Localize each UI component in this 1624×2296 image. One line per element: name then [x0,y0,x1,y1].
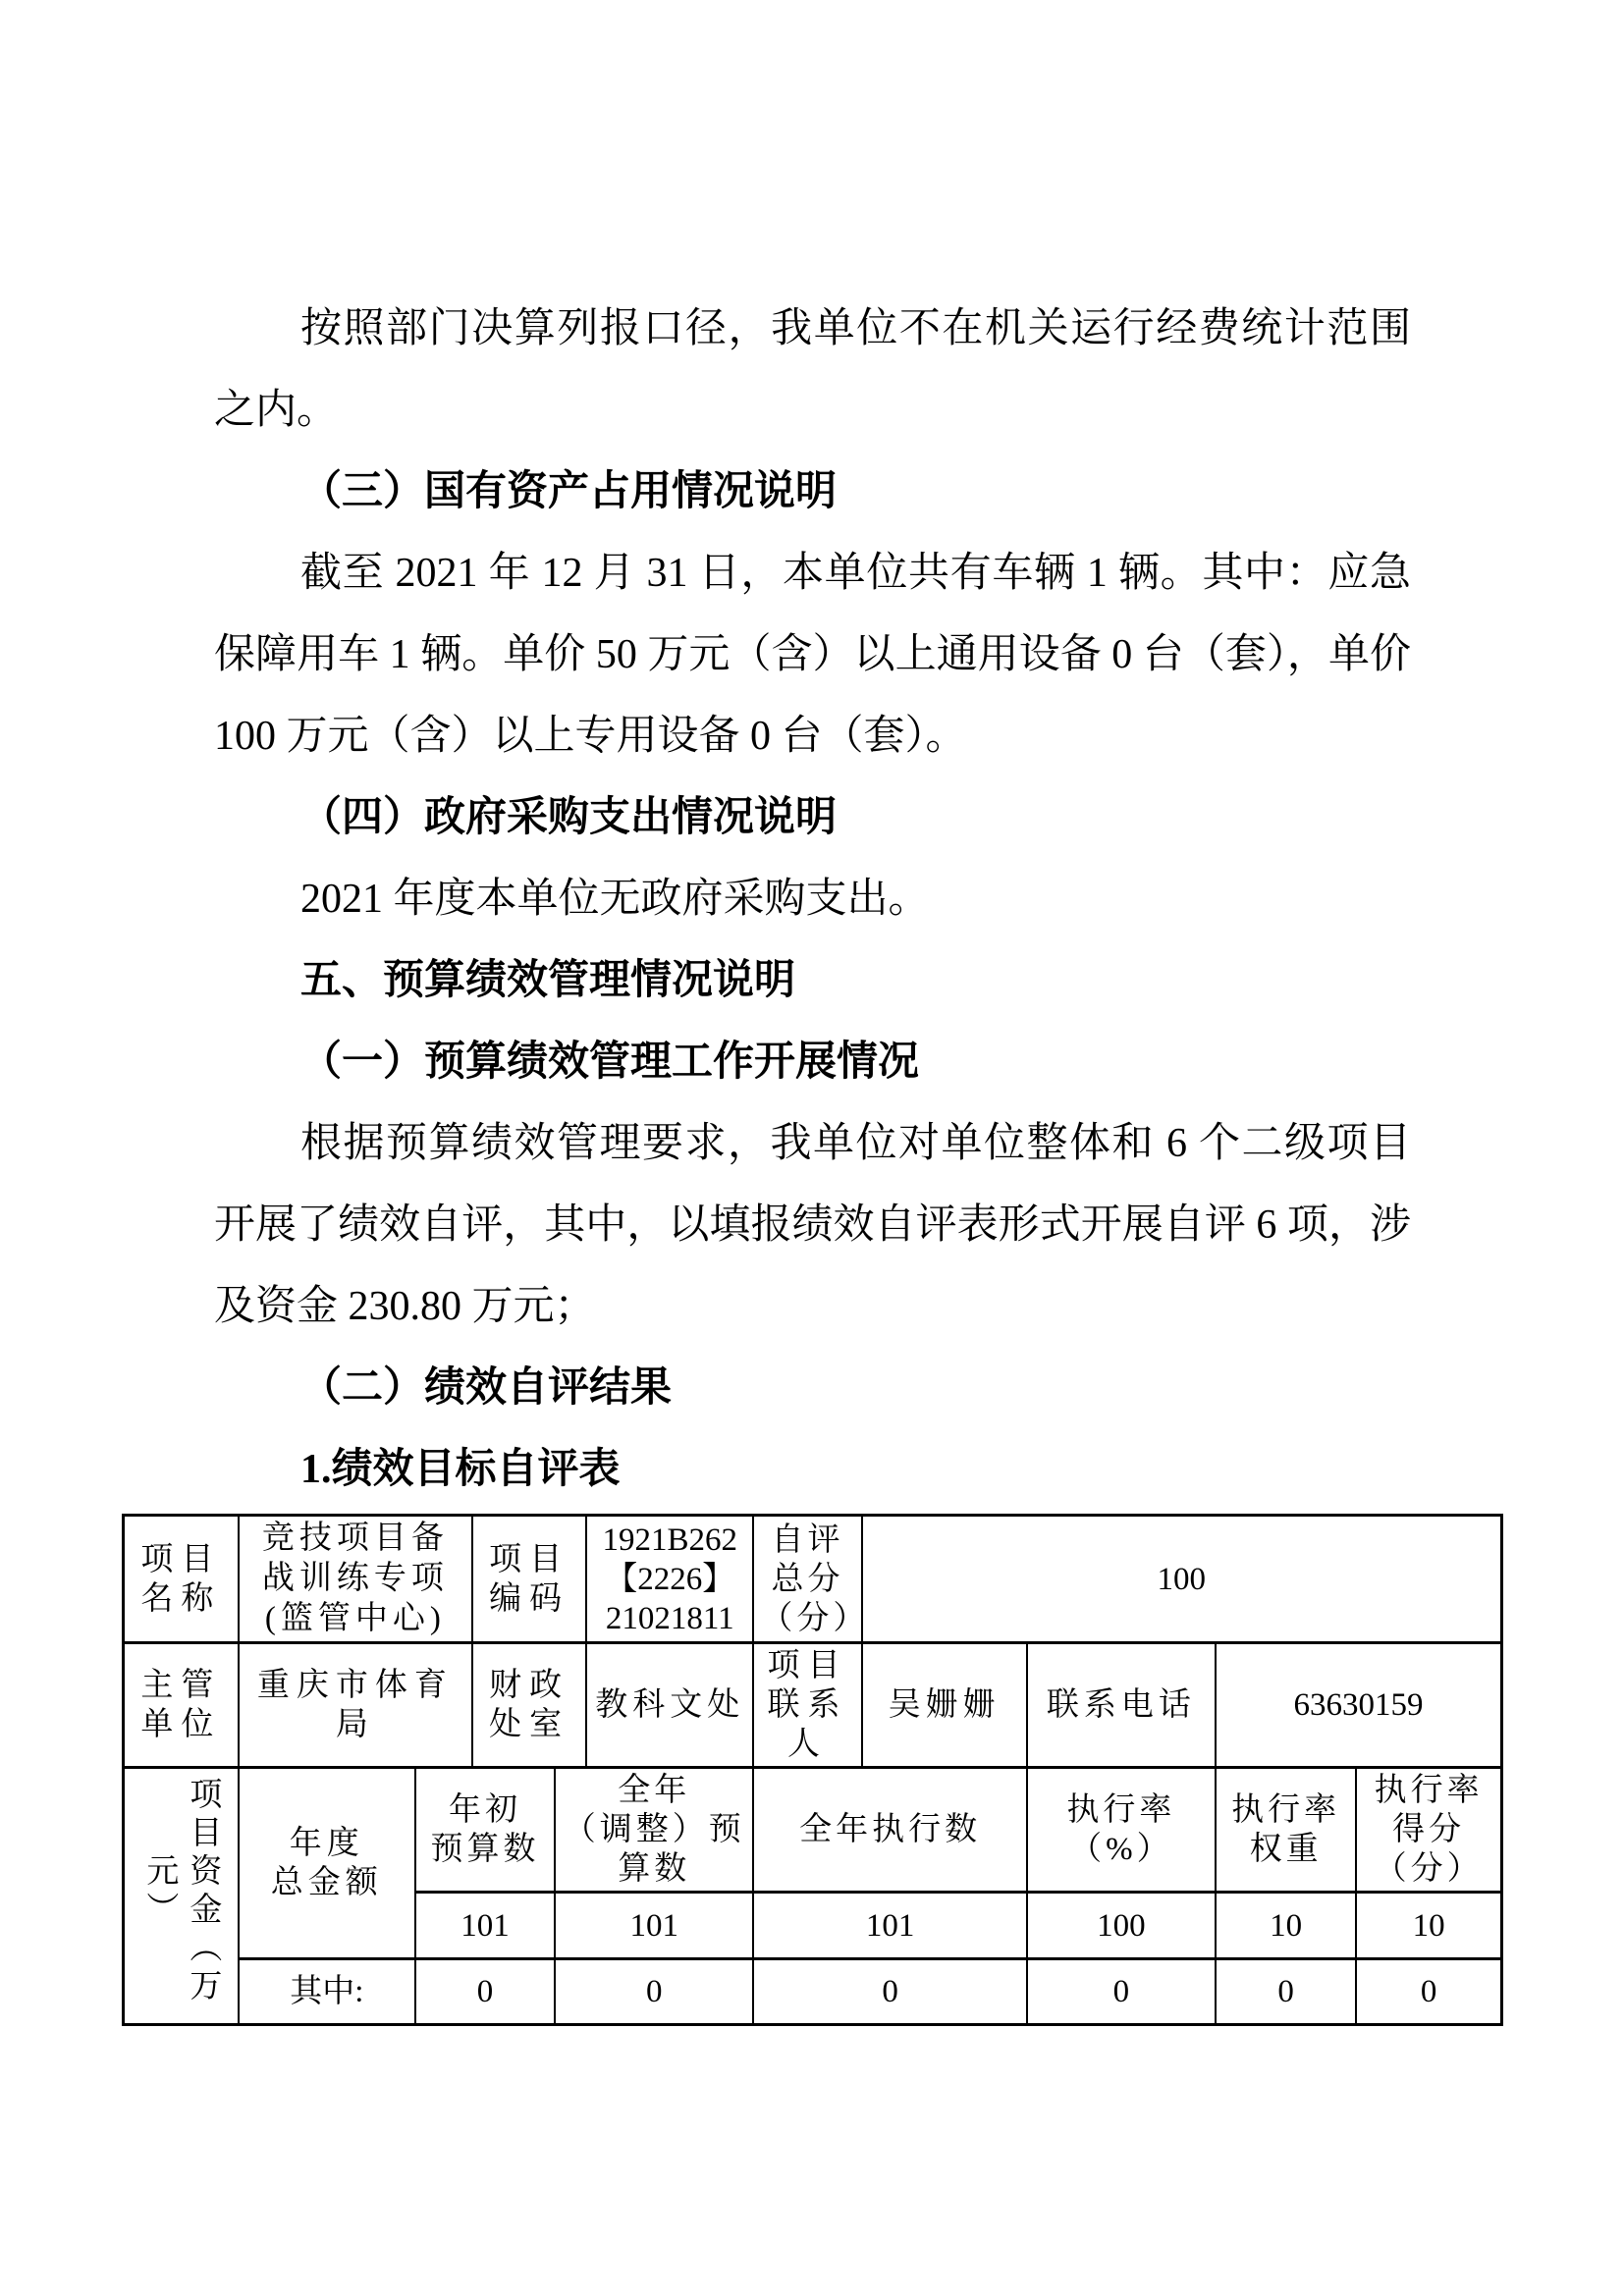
header-annual-execution: 全年执行数 [753,1768,1026,1893]
header-rate-score: 执行率 得分 （分） [1356,1768,1501,1893]
heading-gov-procurement: （四）政府采购支出情况说明 [214,777,1411,859]
label-project-contact: 项目 联系 人 [753,1643,861,1768]
subtotal-rate-score: 0 [1356,1959,1501,2025]
label-project-code: 项目 编码 [472,1516,586,1643]
label-subtotal: 其中: [239,1959,415,2025]
table-row-fund-headers: 项目资金（万元） 年度 总金额 年初 预算数 全年 （调整）预 算数 全年执行数… [124,1768,1502,1893]
label-finance-office: 财政 处室 [472,1643,586,1768]
performance-self-eval-table: 项目 名称 竞技项目备战训练专项(篮管中心) 项目 编码 1921B262 【2… [122,1514,1503,2026]
header-execution-rate: 执行率 （%） [1027,1768,1216,1893]
supervising-org-value: 重庆市体育局 [239,1643,472,1768]
paragraph-self-evaluation: 根据预算绩效管理要求，我单位对单位整体和 6 个二级项目开展了绩效自评，其中，以… [214,1103,1411,1348]
heading-performance-management: 五、预算绩效管理情况说明 [214,940,1411,1022]
value-initial-budget: 101 [415,1893,555,1959]
label-supervising-org: 主管 单位 [124,1643,239,1768]
value-adjusted-budget: 101 [555,1893,753,1959]
header-initial-budget: 年初 预算数 [415,1768,555,1893]
label-self-eval-score: 自评 总分 （分） [753,1516,861,1643]
label-project-name: 项目 名称 [124,1516,239,1643]
value-execution-rate: 100 [1027,1893,1216,1959]
table-row-org: 主管 单位 重庆市体育局 财政 处室 教科文处 项目 联系 人 吴姗姗 联系电话… [124,1643,1502,1768]
self-eval-score-value: 100 [862,1516,1502,1643]
value-rate-weight: 10 [1216,1893,1356,1959]
header-adjusted-budget: 全年 （调整）预 算数 [555,1768,753,1893]
value-rate-score: 10 [1356,1893,1501,1959]
project-funds-vertical-text: 项目资金（万元） [137,1774,224,2009]
paragraph-vehicles-equipment: 截至 2021 年 12 月 31 日，本单位共有车辆 1 辆。其中：应急保障用… [214,533,1411,777]
subtotal-rate-weight: 0 [1216,1959,1356,2025]
text-flow: 按照部门决算列报口径，我单位不在机关运行经费统计范围之内。 （三）国有资产占用情… [214,289,1411,1511]
table-row-subtotal: 其中: 0 0 0 0 0 0 [124,1959,1502,2025]
contact-phone-value: 63630159 [1216,1643,1501,1768]
subtotal-execution-rate: 0 [1027,1959,1216,2025]
project-name-value: 竞技项目备战训练专项(篮管中心) [239,1516,472,1643]
finance-office-value: 教科文处 [586,1643,753,1768]
heading-performance-work: （一）预算绩效管理工作开展情况 [214,1022,1411,1103]
subtotal-annual-execution: 0 [753,1959,1026,2025]
label-project-funds: 项目资金（万元） [124,1768,239,2025]
paragraph-no-procurement: 2021 年度本单位无政府采购支出。 [214,859,1411,940]
heading-state-assets: （三）国有资产占用情况说明 [214,452,1411,533]
heading-self-eval-result: （二）绩效自评结果 [214,1348,1411,1429]
header-rate-weight: 执行率 权重 [1216,1768,1356,1893]
subtotal-adjusted-budget: 0 [555,1959,753,2025]
document-page: 按照部门决算列报口径，我单位不在机关运行经费统计范围之内。 （三）国有资产占用情… [0,0,1624,2296]
paragraph-agency-expense: 按照部门决算列报口径，我单位不在机关运行经费统计范围之内。 [214,289,1411,452]
subtotal-initial-budget: 0 [415,1959,555,2025]
table-row-project: 项目 名称 竞技项目备战训练专项(篮管中心) 项目 编码 1921B262 【2… [124,1516,1502,1643]
project-code-value: 1921B262 【2226】 21021811 [586,1516,753,1643]
table-title: 1.绩效目标自评表 [214,1429,1411,1511]
label-annual-total: 年度 总金额 [239,1768,415,1959]
value-annual-execution: 101 [753,1893,1026,1959]
label-contact-phone: 联系电话 [1027,1643,1216,1768]
project-contact-value: 吴姗姗 [862,1643,1027,1768]
